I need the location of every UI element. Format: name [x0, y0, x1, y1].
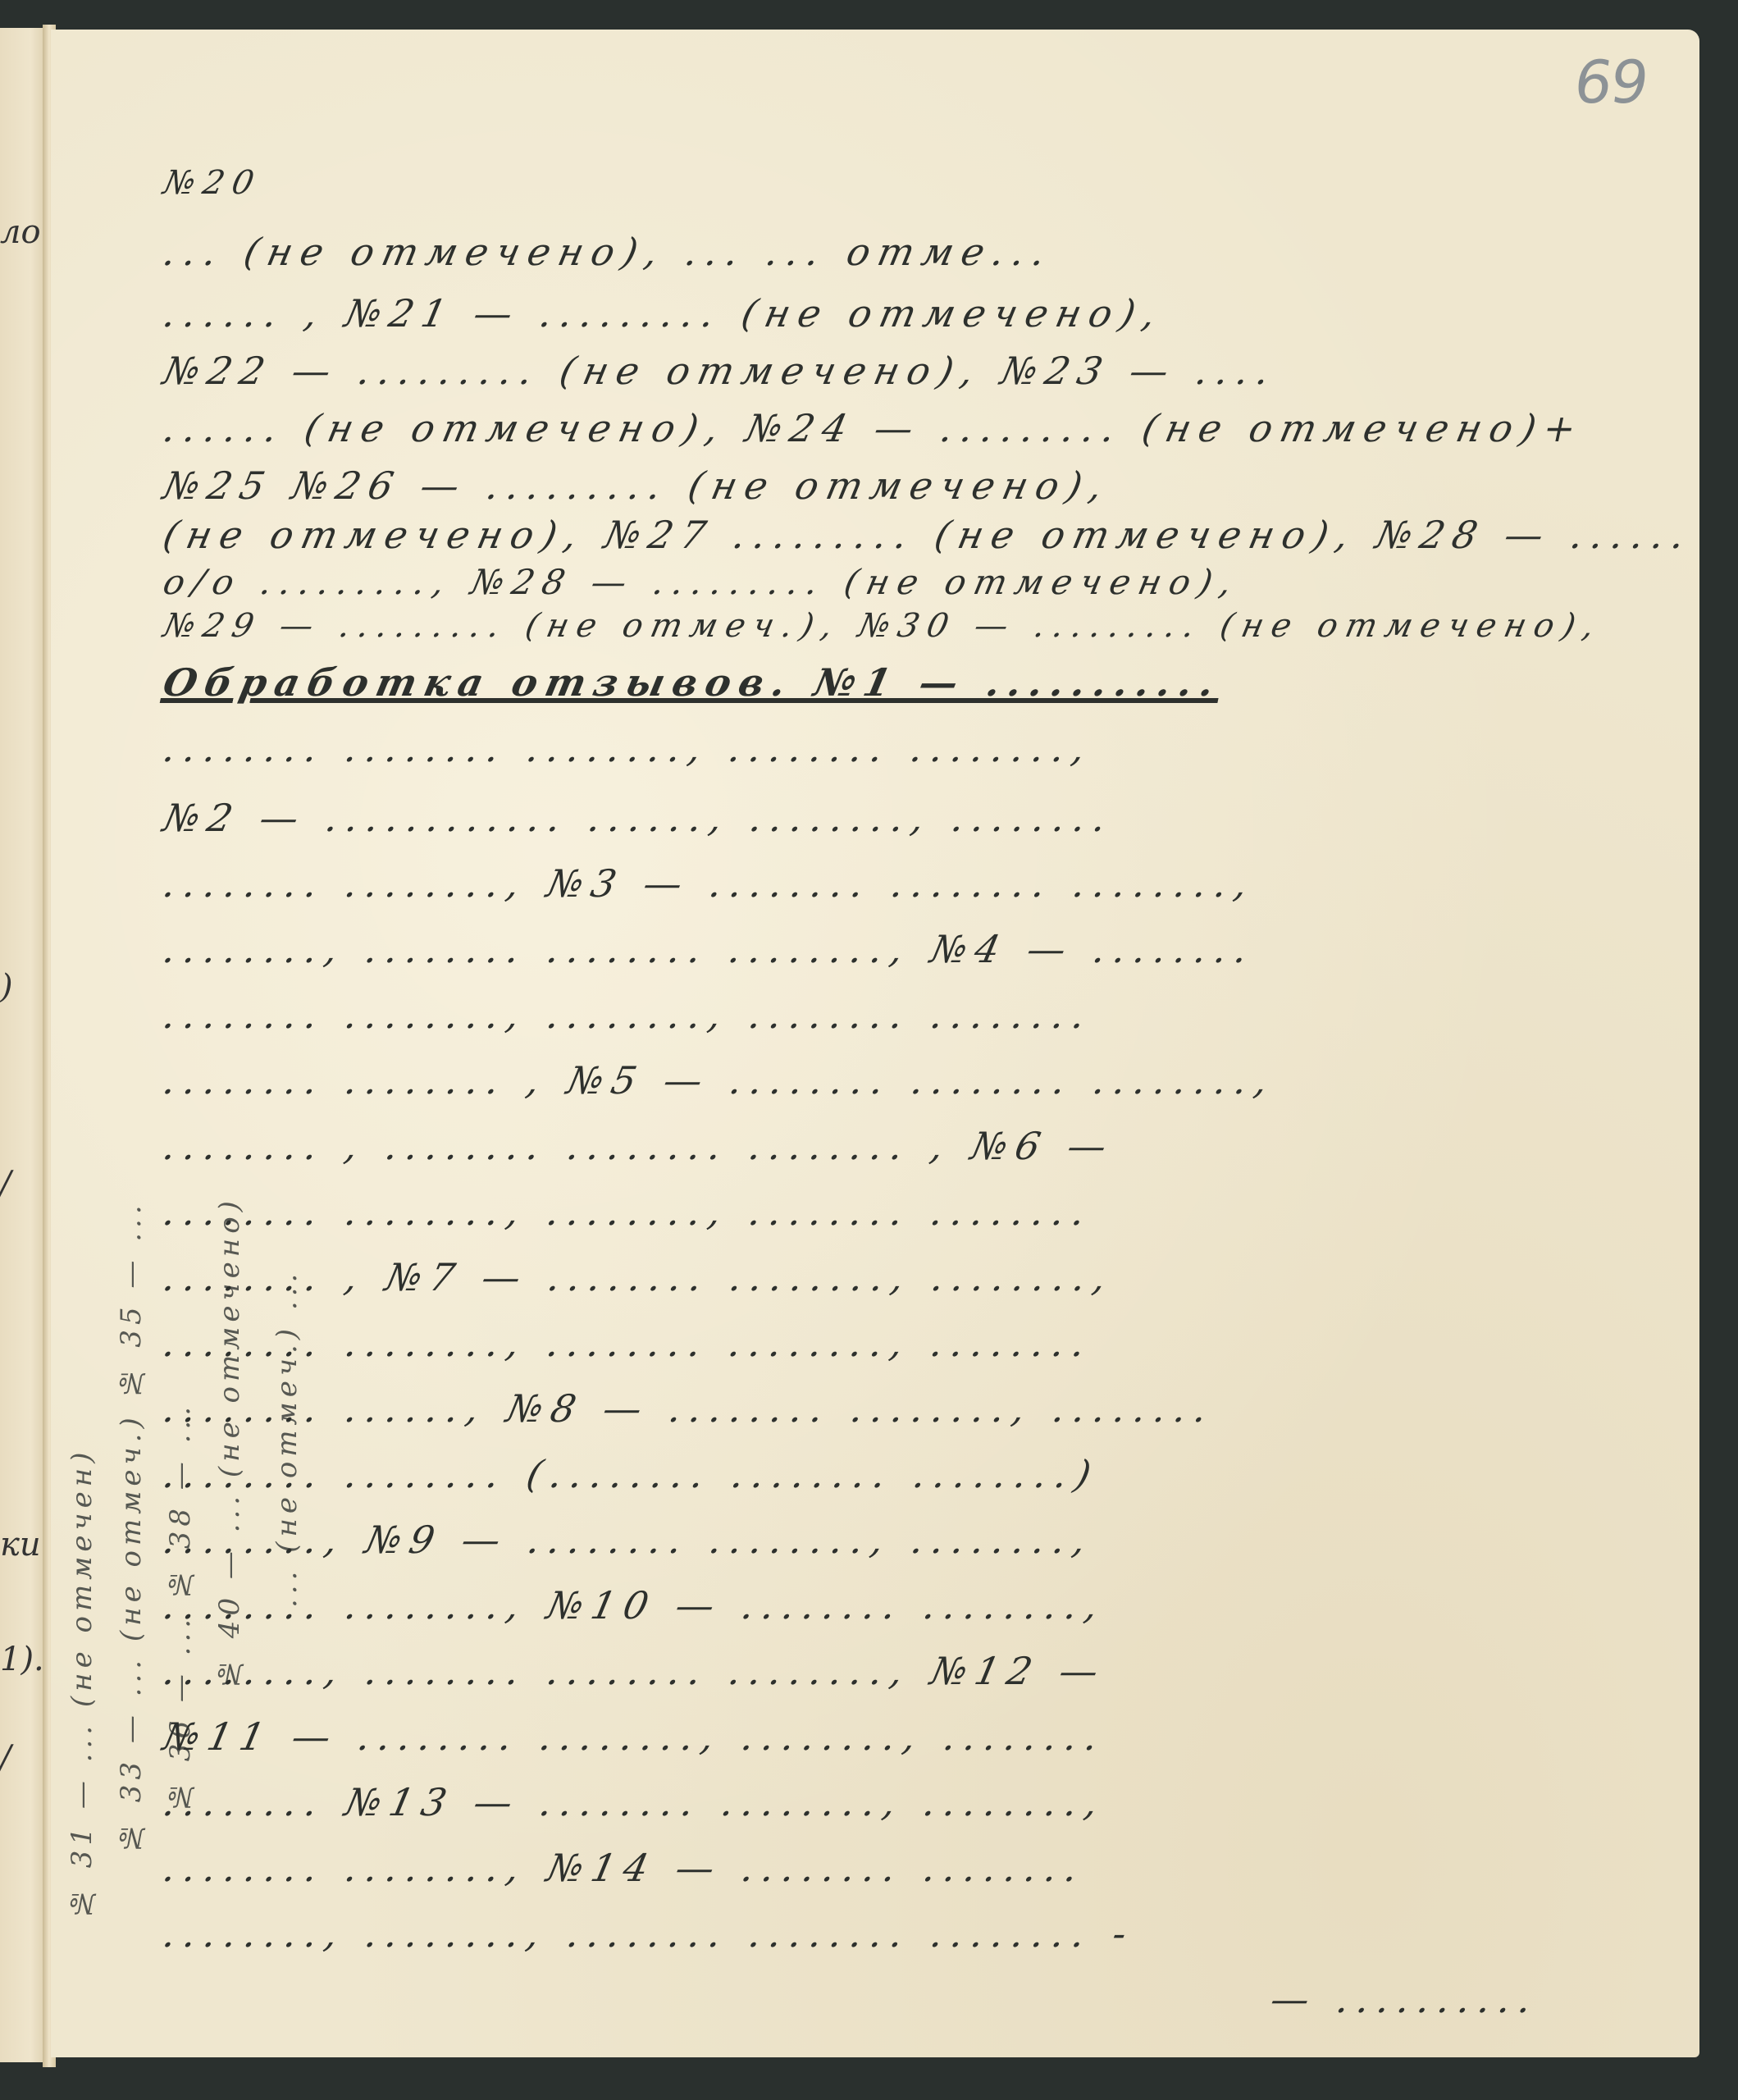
folio-number: 69: [1570, 48, 1651, 116]
text-line: — ..........: [1266, 1977, 1544, 2021]
left-fragment: ки: [0, 1526, 41, 1564]
text-line: о/о ........., №28 — ......... (не отмеч…: [160, 562, 1243, 602]
section-heading: Обработка отзывов. №1 — ...........: [159, 660, 1226, 705]
text-line: ........ ........ , №5 — ........ ......…: [159, 1058, 1280, 1102]
text-line: ........ ........ (........ ........ ...…: [159, 1452, 1103, 1496]
text-line: ........ ........, ........, ........ ..…: [159, 1189, 1097, 1234]
text-line: ...... , №21 — ......... (не отмечено),: [159, 291, 1168, 336]
text-line: ........ ........, ........, ........ ..…: [159, 993, 1097, 1037]
text-line: №29 — ......... (не отмеч.), №30 — .....…: [160, 607, 1606, 645]
text-line: ........, ........, ........ ........ ..…: [159, 1911, 1138, 1956]
left-fragment: 1).: [0, 1641, 44, 1678]
text-line: №2 — ............ ......, ........, ....…: [159, 796, 1119, 840]
margin-note: № 33 — ... (не отмеч.) № 35 — ...: [115, 49, 148, 1854]
text-line: ........ ......, №8 — ........ ........,…: [159, 1386, 1220, 1431]
text-line: ........, ........ ........ ........, №1…: [159, 1649, 1111, 1693]
text-line: ........ , №7 — ........ ........, .....…: [159, 1255, 1119, 1299]
text-line: ........ ........, №3 — ........ .......…: [159, 861, 1260, 906]
text-line: №22 — ......... (не отмечено), №23 — ...…: [159, 349, 1282, 393]
text-line: ........ №13 — ........ ........, ......…: [159, 1780, 1111, 1824]
text-line: ...... (не отмечено), №24 — ......... (н…: [159, 406, 1588, 450]
text-line: №11 — ........ ........, ........, .....…: [159, 1714, 1111, 1759]
text-line: ........ ........, ........ ........, ..…: [159, 1321, 1097, 1365]
text-line: ........, ........ ........ ........, №4…: [159, 927, 1260, 971]
text-line: ... (не отмечено), ... ... отме...: [159, 230, 1057, 274]
left-fragment: ло: [0, 213, 41, 251]
text-line: ........, №9 — ........ ........, ......…: [159, 1518, 1098, 1562]
left-fragment: ): [0, 968, 13, 1006]
text-line: ........ ........, №14 — ........ ......…: [159, 1846, 1090, 1890]
text-line: №20: [160, 164, 266, 202]
text-line: №25 №26 — ......... (не отмечено),: [159, 463, 1115, 508]
text-line: (не отмечено), №27 ......... (не отмечен…: [159, 513, 1697, 557]
text-line: ........ , ........ ........ ........ , …: [159, 1124, 1119, 1168]
left-fragment: /: [0, 1165, 11, 1203]
left-fragment: /: [0, 1739, 11, 1777]
text-line: ........ ........, №10 — ........ ......…: [159, 1583, 1111, 1627]
text-line: ........ ........ ........, ........ ...…: [159, 726, 1097, 770]
margin-note: № 31 — ... (не отмечен): [66, 49, 98, 1920]
